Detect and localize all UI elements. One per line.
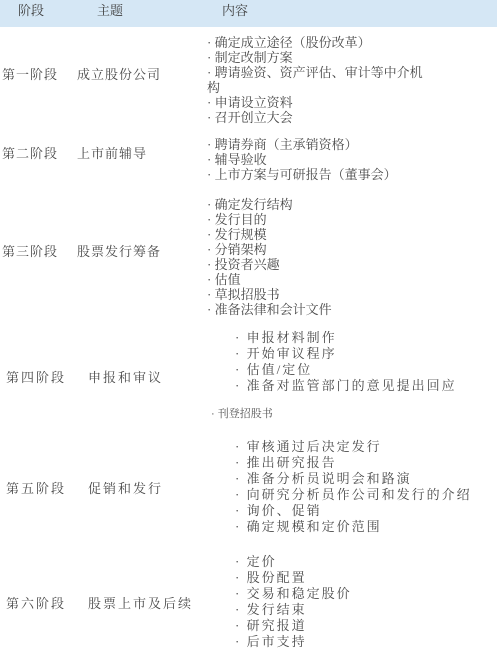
stage-label: 第六阶段 xyxy=(6,593,75,612)
stage-label: 第二阶段 xyxy=(2,143,75,162)
bullet-item: · 发行目的 xyxy=(207,212,497,227)
topic-cell: 股票发行筹备 xyxy=(75,197,207,317)
table-row: 第五阶段促销和发行· 审核通过后决定发行· 推出研究报告· 准备分析员说明会和路… xyxy=(0,439,497,535)
table-row: 第六阶段股票上市及后续· 定价· 股份配置· 交易和稳定股价· 发行结束· 研究… xyxy=(0,554,497,650)
bullet-item: · 交易和稳定股价 xyxy=(235,586,497,602)
bullet-item: · 发行结束 xyxy=(235,602,497,618)
stage-label: 第一阶段 xyxy=(2,64,75,83)
bullet-item: · 准备法律和会计文件 xyxy=(207,302,497,317)
column-header-content: 内容 xyxy=(207,3,497,27)
content-cell: · 审核通过后决定发行· 推出研究报告· 准备分析员说明会和路演· 向研究分析员… xyxy=(207,439,497,535)
bullet-item: · 股份配置 xyxy=(235,570,497,586)
table-body: 第一阶段成立股份公司· 确定成立途径（股份改革）· 制定改制方案· 聘请验资、资… xyxy=(0,35,497,650)
column-header-stage: 阶段 xyxy=(0,3,75,27)
topic-cell: 成立股份公司 xyxy=(75,35,207,125)
bullet-item: · 确定成立途径（股份改革） xyxy=(207,35,497,50)
topic-cell: 申报和审议 xyxy=(75,330,207,422)
topic-cell: 股票上市及后续 xyxy=(75,554,207,650)
bullet-item: · 发行规模 xyxy=(207,227,497,242)
stage-cell: 第四阶段 xyxy=(0,330,75,422)
bullet-item: · 投资者兴趣 xyxy=(207,257,497,272)
bullet-item: · 草拟招股书 xyxy=(207,287,497,302)
stage-cell: 第三阶段 xyxy=(0,197,75,317)
topic-label: 促销和发行 xyxy=(88,478,207,497)
publish-note: · 刊登招股书 xyxy=(211,407,497,422)
bullet-item: · 估值 xyxy=(207,272,497,287)
stage-cell: 第五阶段 xyxy=(0,439,75,535)
bullet-item: · 确定发行结构 xyxy=(207,197,497,212)
bullet-item: · 确定规模和定价范围 xyxy=(235,519,497,535)
bullet-item: · 聘请券商（主承销资格） xyxy=(207,137,497,152)
bullet-item: · 向研究分析员作公司和发行的介绍 xyxy=(235,487,497,503)
content-cell: · 定价· 股份配置· 交易和稳定股价· 发行结束· 研究报道· 后市支持 xyxy=(207,554,497,650)
table-row: 第四阶段申报和审议· 申报材料制作· 开始审议程序· 估值/定位· 准备对监管部… xyxy=(0,330,497,422)
table-row: 第三阶段股票发行筹备· 确定发行结构· 发行目的· 发行规模· 分销架构· 投资… xyxy=(0,197,497,317)
content-cell: · 申报材料制作· 开始审议程序· 估值/定位· 准备对监管部门的意见提出回应·… xyxy=(207,330,497,422)
stage-cell: 第一阶段 xyxy=(0,35,75,125)
content-cell: · 确定成立途径（股份改革）· 制定改制方案· 聘请验资、资产评估、审计等中介机… xyxy=(207,35,497,125)
bullet-item: · 上市方案与可研报告（董事会） xyxy=(207,167,497,182)
table-row: 第一阶段成立股份公司· 确定成立途径（股份改革）· 制定改制方案· 聘请验资、资… xyxy=(0,35,497,125)
stage-label: 第五阶段 xyxy=(6,478,75,497)
bullet-item: · 分销架构 xyxy=(207,242,497,257)
topic-label: 股票上市及后续 xyxy=(88,593,207,612)
bullet-item: · 召开创立大会 xyxy=(207,110,497,125)
topic-label: 上市前辅导 xyxy=(77,143,207,162)
stage-label: 第四阶段 xyxy=(6,367,75,386)
bullet-item: · 准备分析员说明会和路演 xyxy=(235,471,497,487)
stage-cell: 第六阶段 xyxy=(0,554,75,650)
ipo-stages-table: 阶段 主题 内容 第一阶段成立股份公司· 确定成立途径（股份改革）· 制定改制方… xyxy=(0,0,497,667)
topic-label: 成立股份公司 xyxy=(77,64,207,83)
topic-cell: 促销和发行 xyxy=(75,439,207,535)
bullet-item: · 制定改制方案 xyxy=(207,50,497,65)
bullet-item: · 申请设立资料 xyxy=(207,95,497,110)
content-cell: · 确定发行结构· 发行目的· 发行规模· 分销架构· 投资者兴趣· 估值· 草… xyxy=(207,197,497,317)
topic-label: 股票发行筹备 xyxy=(77,241,207,260)
topic-cell: 上市前辅导 xyxy=(75,137,207,182)
bullet-item: · 估值/定位 xyxy=(235,362,497,378)
bullet-item: · 聘请验资、资产评估、审计等中介机 构 xyxy=(207,65,497,95)
bullet-item: · 推出研究报告 xyxy=(235,455,497,471)
bullet-item: · 开始审议程序 xyxy=(235,346,497,362)
bullet-item: · 研究报道 xyxy=(235,618,497,634)
bullet-item: · 定价 xyxy=(235,554,497,570)
stage-label: 第三阶段 xyxy=(2,241,75,260)
topic-label: 申报和审议 xyxy=(88,367,207,386)
table-row: 第二阶段上市前辅导· 聘请券商（主承销资格）· 辅导验收· 上市方案与可研报告（… xyxy=(0,137,497,182)
table-header: 阶段 主题 内容 xyxy=(0,0,497,27)
column-header-topic: 主题 xyxy=(75,3,207,27)
bullet-item: · 后市支持 xyxy=(235,634,497,650)
content-cell: · 聘请券商（主承销资格）· 辅导验收· 上市方案与可研报告（董事会） xyxy=(207,137,497,182)
bullet-item: · 申报材料制作 xyxy=(235,330,497,346)
bullet-item: · 准备对监管部门的意见提出回应 xyxy=(235,378,497,394)
bullet-item: · 询价、促销 xyxy=(235,503,497,519)
bullet-item: · 辅导验收 xyxy=(207,152,497,167)
bullet-item: · 审核通过后决定发行 xyxy=(235,439,497,455)
stage-cell: 第二阶段 xyxy=(0,137,75,182)
